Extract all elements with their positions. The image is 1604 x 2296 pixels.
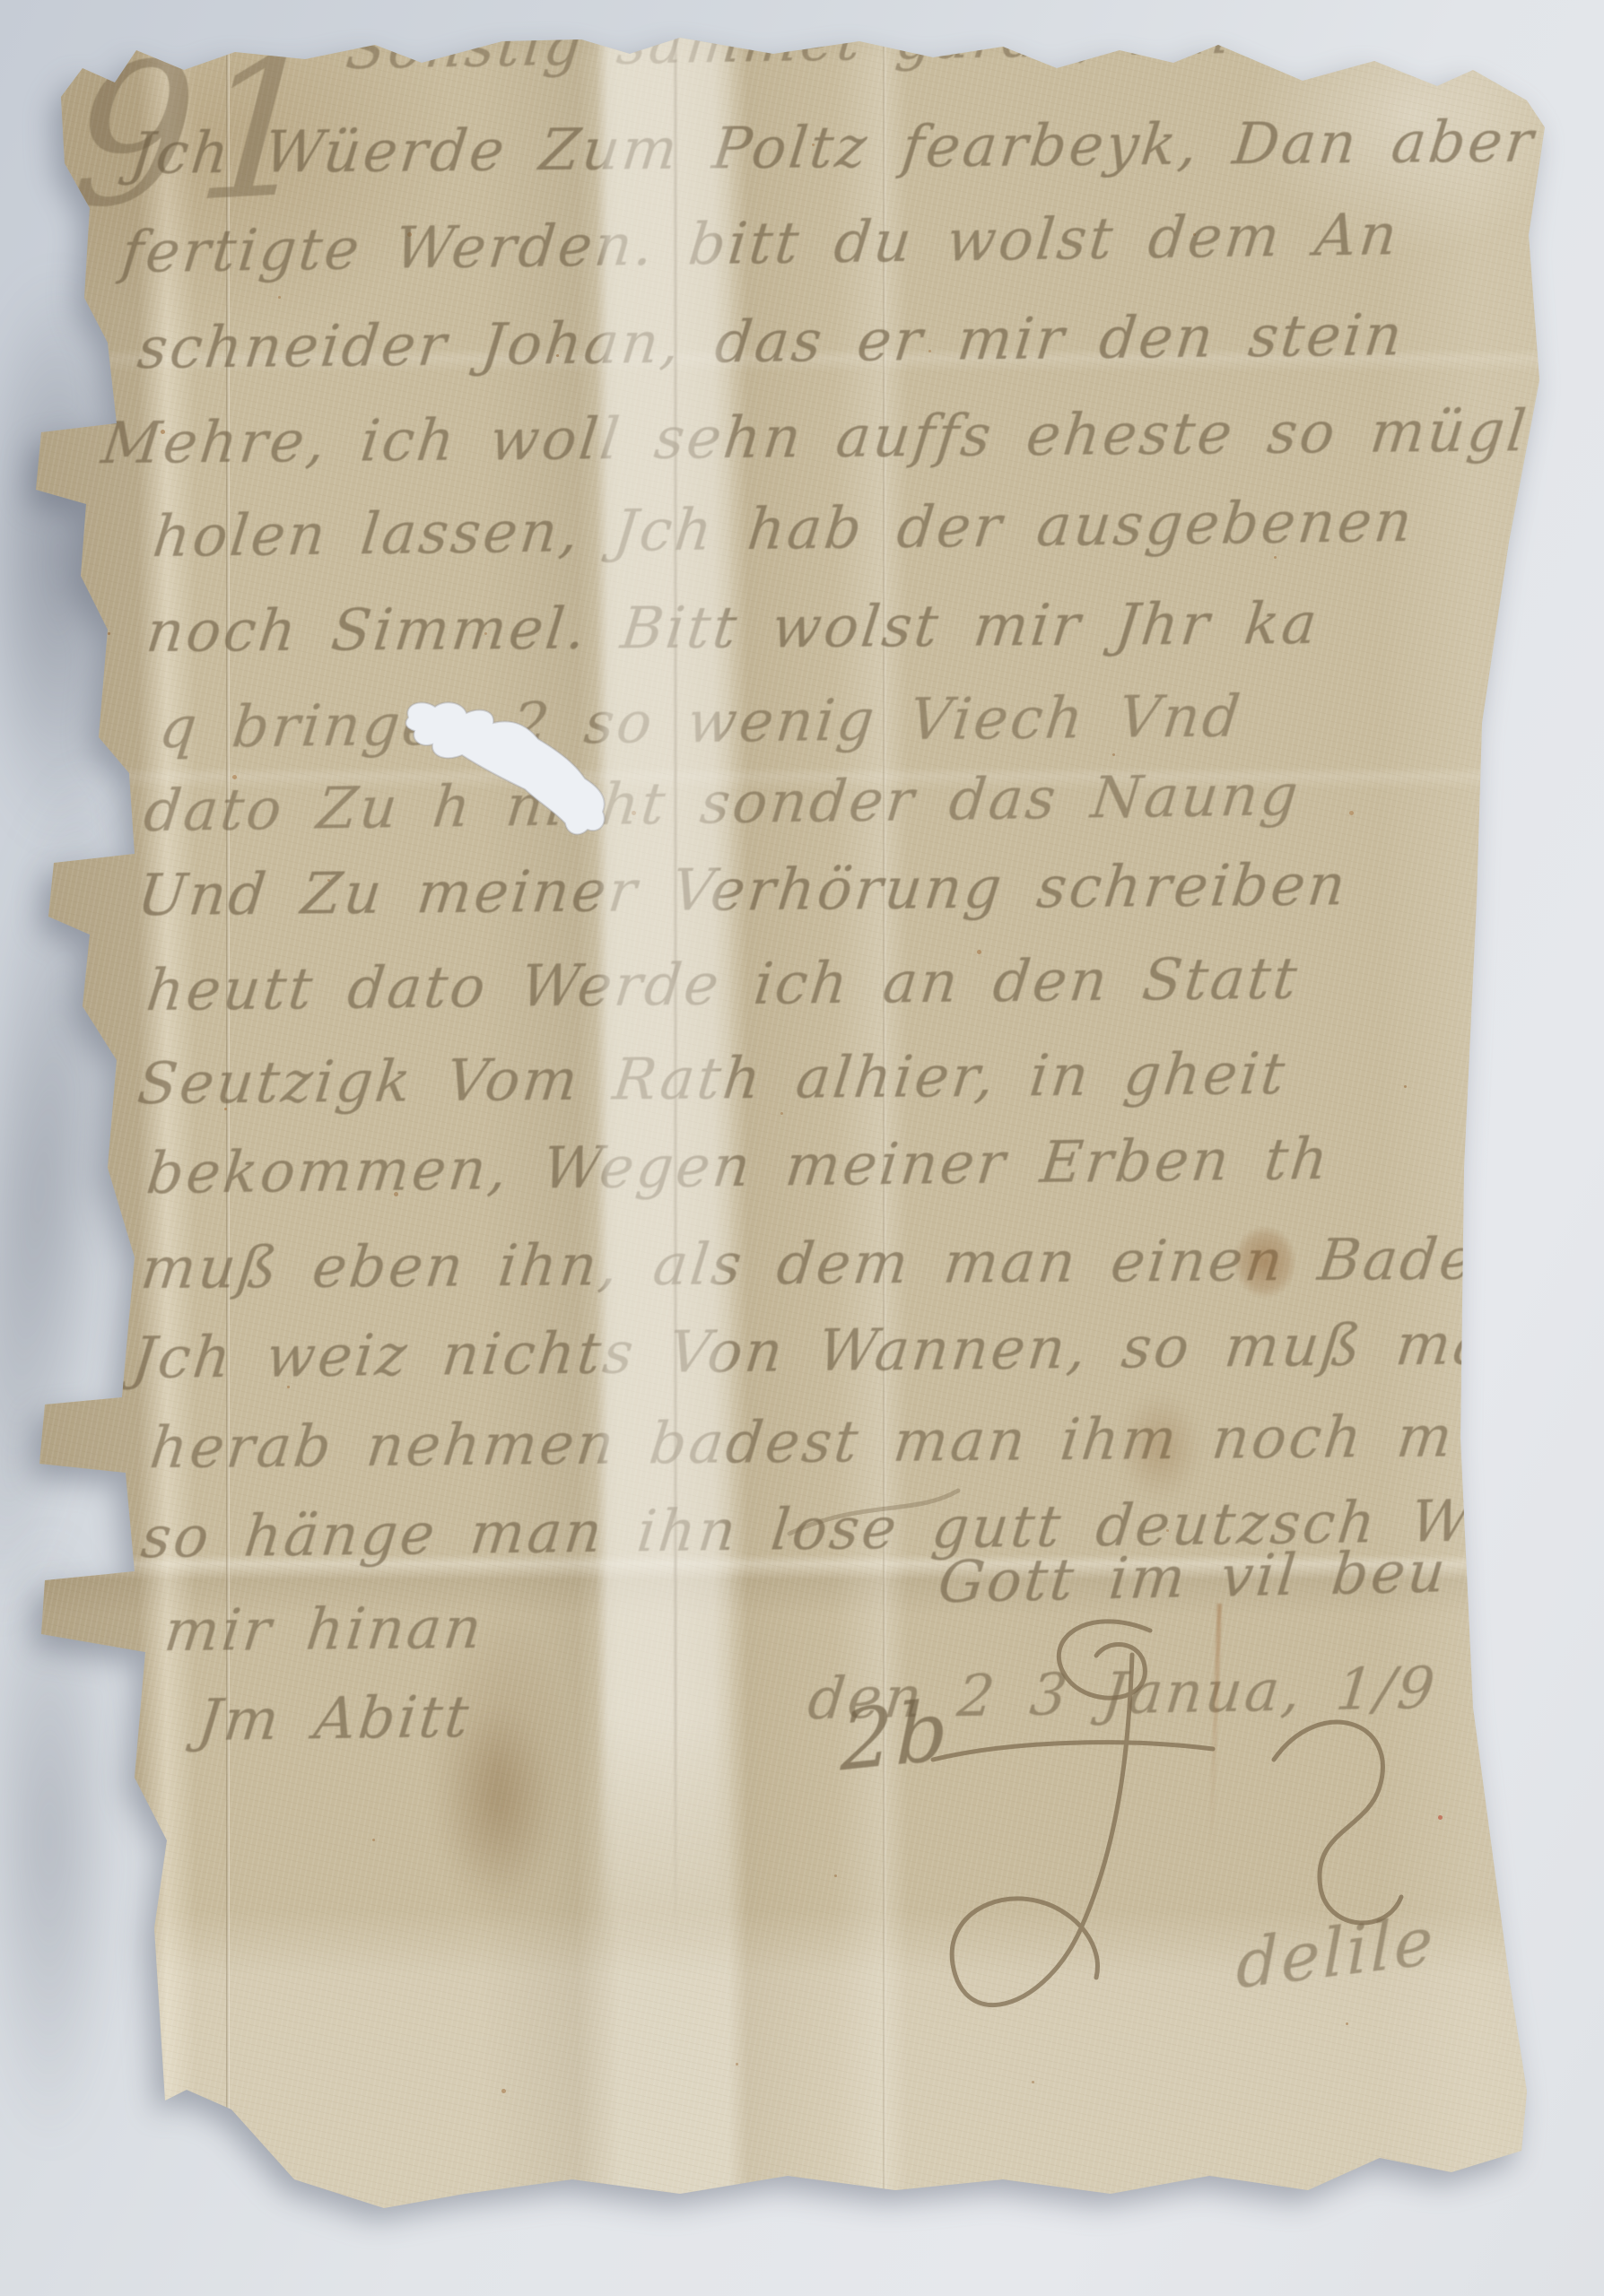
- handwriting-layer: 91Sonstig sammet gardo, Ich seit VormanJ…: [0, 0, 1604, 2296]
- photo-background: 91Sonstig sammet gardo, Ich seit VormanJ…: [0, 0, 1604, 2296]
- manuscript-paper-wrapper: 91Sonstig sammet gardo, Ich seit VormanJ…: [0, 0, 1604, 2296]
- handwriting-line: herab nehmen badest man ihm noch m: [147, 1404, 1459, 1482]
- handwriting-line: delile: [1236, 1902, 1435, 2005]
- handwriting-line: schneider Johan, das er mir den stein: [135, 302, 1408, 382]
- handwriting-line: muß eben ihn, als dem man einen Bade,: [137, 1226, 1501, 1302]
- handwriting-line: bekommen, Wegen meiner Erben th: [144, 1126, 1334, 1207]
- handwriting-line: Sonstig sammet gardo, Ich seit Vorman: [343, 0, 1604, 83]
- handwriting-line: 2b: [840, 1682, 952, 1790]
- handwriting-line: q bringen 2 so wenig Viech Vnd: [156, 683, 1246, 761]
- handwriting-line: Und Zu meiner Verhörung schreiben: [135, 852, 1352, 929]
- handwriting-line: Jch Wüerde Zum Poltz fearbeyk, Dan aber …: [127, 108, 1604, 187]
- handwriting-line: dato Zu h nicht sonder das Naung: [141, 762, 1303, 845]
- handwriting-line: Jm Abitt: [195, 1684, 475, 1754]
- handwriting-line: mir hinan: [161, 1596, 488, 1665]
- foxing-speckles: [0, 0, 3, 3]
- manuscript-paper: 91Sonstig sammet gardo, Ich seit VormanJ…: [0, 0, 1604, 2296]
- handwriting-line: holen lassen, Jch hab der ausgebenen: [150, 489, 1418, 570]
- handwriting-line: Seutzigk Vom Rath alhier, in gheit: [135, 1041, 1291, 1118]
- handwriting-line: heutt dato Werde ich an den Statt: [144, 946, 1303, 1025]
- handwriting-line: Mehre, ich woll sehn auffs eheste so müg…: [99, 397, 1604, 477]
- handwriting-line: noch Simmel. Bitt wolst mir Jhr ka: [143, 591, 1322, 665]
- handwriting-line: Gott im vil beu: [935, 1539, 1451, 1616]
- handwriting-line: Jch weiz nichts Von Wannen, so muß man i: [129, 1310, 1589, 1392]
